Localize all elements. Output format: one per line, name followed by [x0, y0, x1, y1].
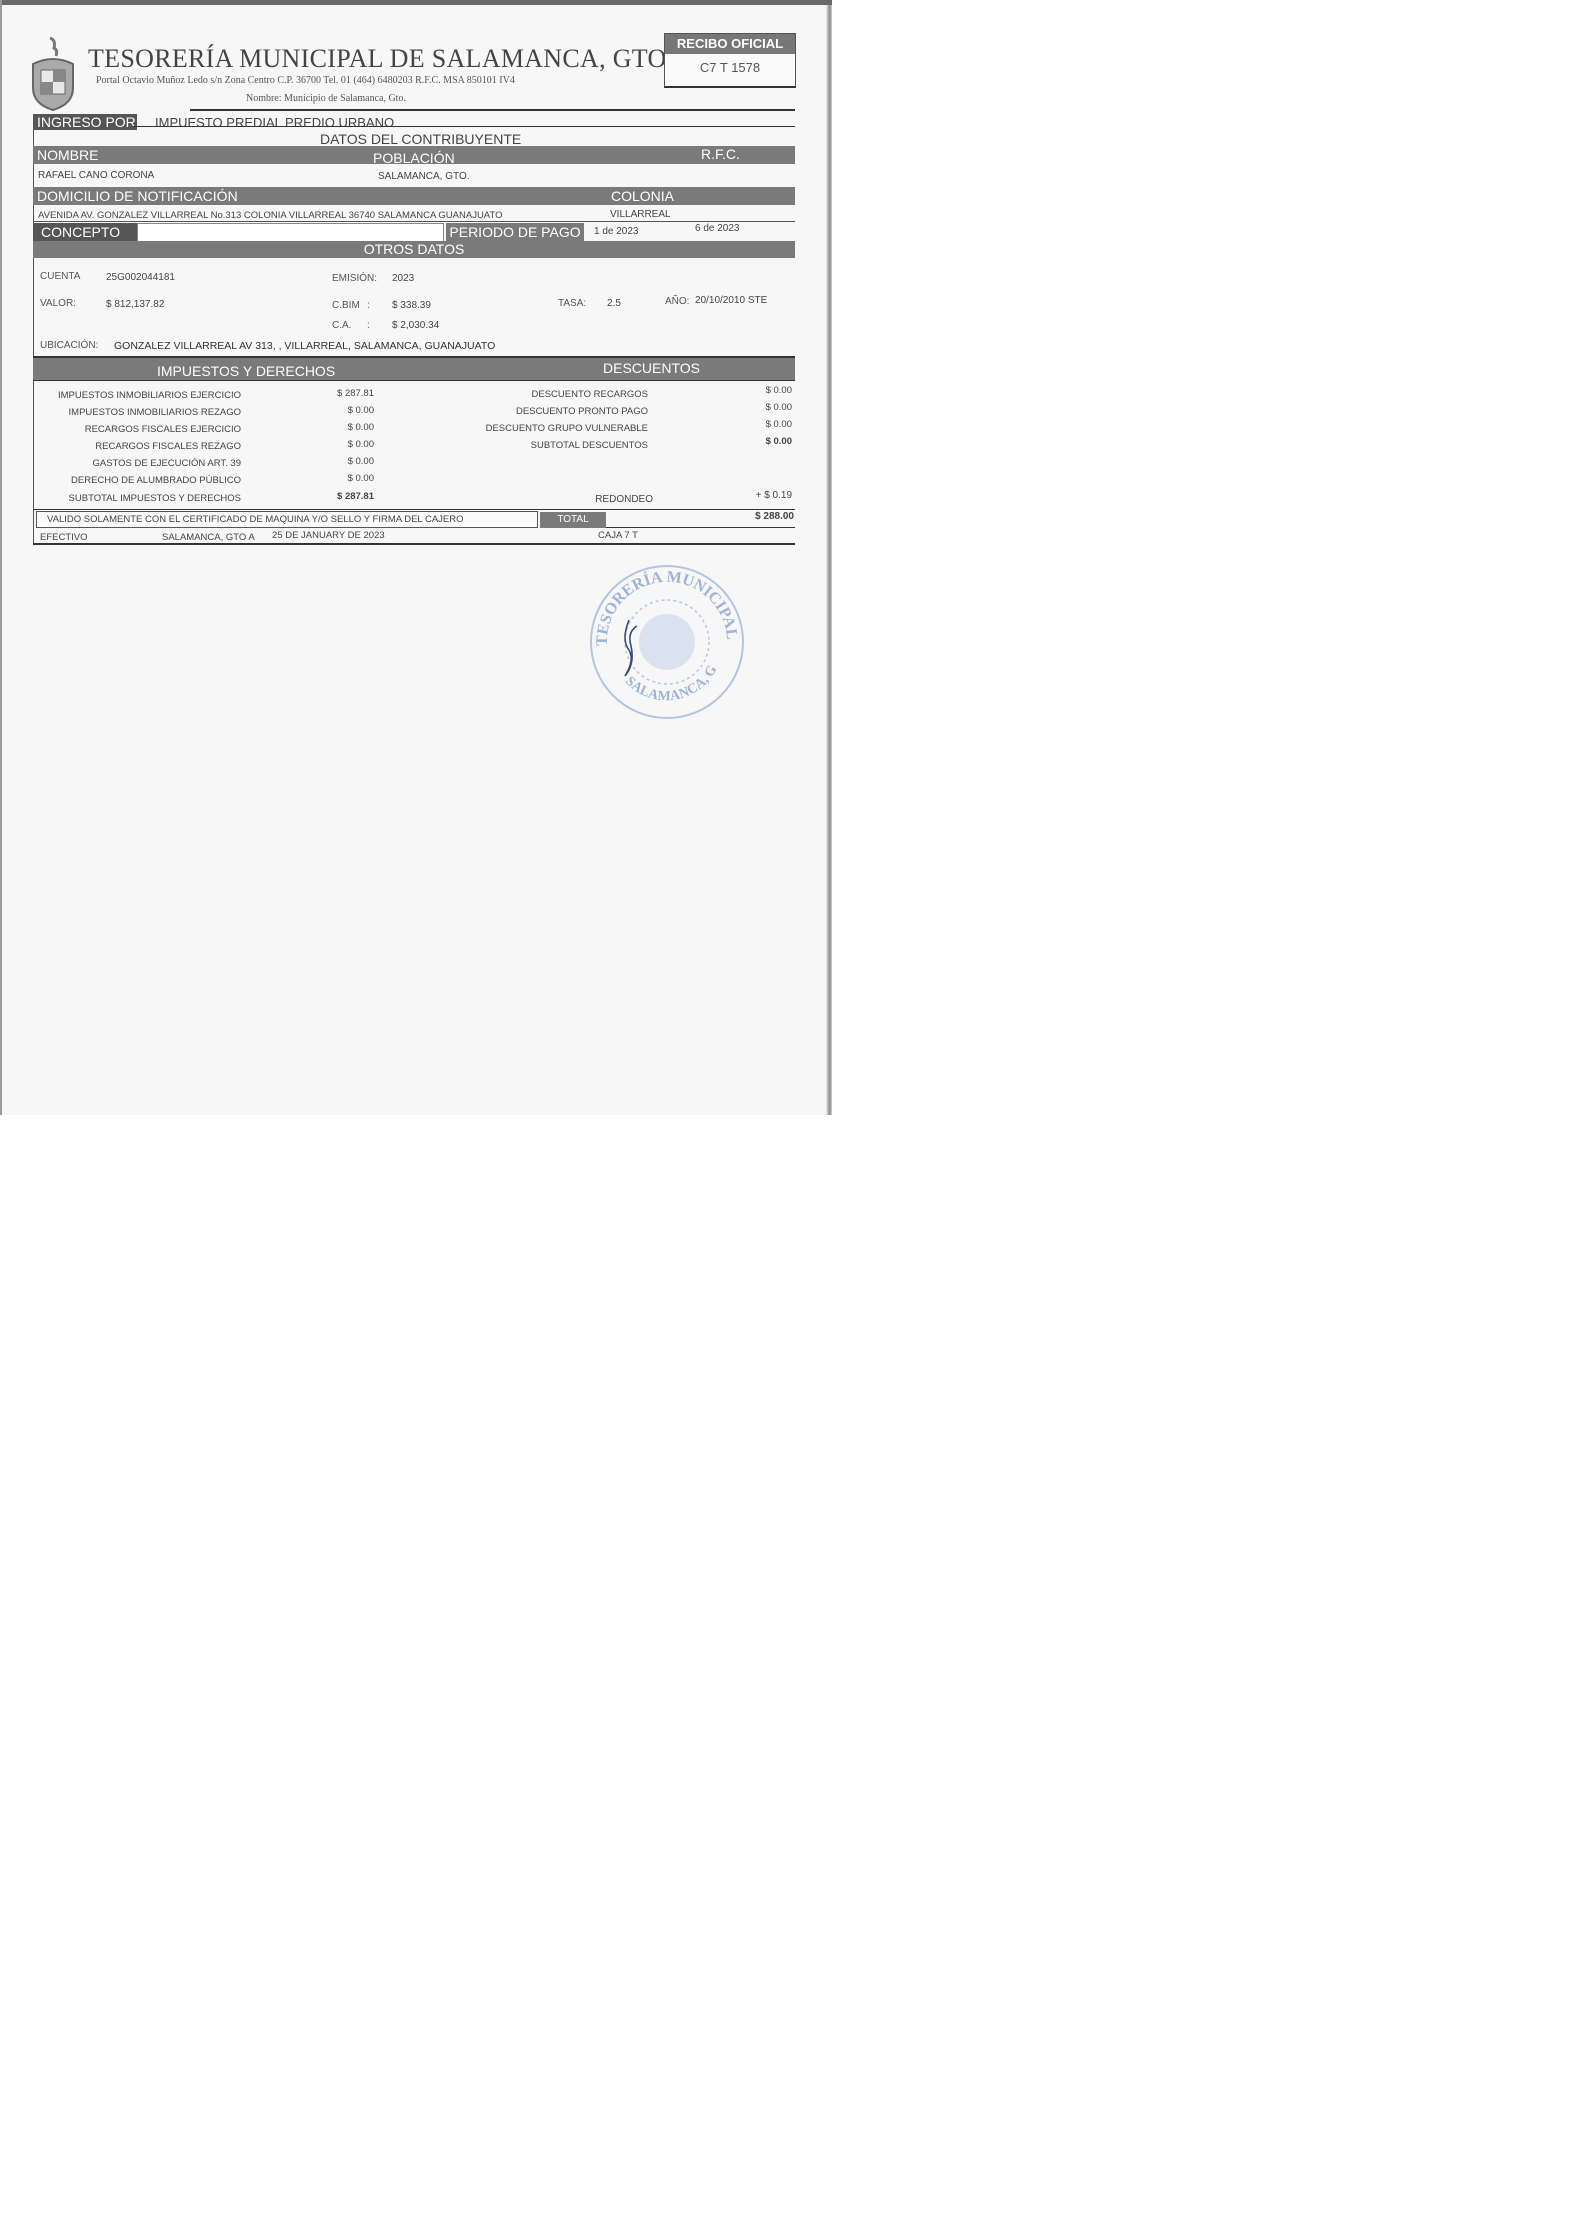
divider — [606, 527, 795, 528]
colonia-value: VILLARREAL — [610, 209, 671, 220]
divider — [33, 221, 795, 222]
descuento-label: DESCUENTO PRONTO PAGO — [440, 406, 648, 417]
ingreso-label: INGRESO POR — [33, 114, 137, 130]
cbim-value: $ 338.39 — [392, 300, 431, 311]
nombre-value: RAFAEL CANO CORONA — [38, 170, 154, 181]
official-seal-stamp: TESORERÍA MUNICIPAL SALAMANCA, GTO. — [585, 560, 745, 720]
scan-left-edge — [0, 0, 2, 1115]
cuenta-label: CUENTA — [40, 271, 80, 282]
descuento-amount: $ 0.00 — [730, 436, 792, 447]
anio-value: 20/10/2010 STE — [695, 295, 767, 306]
descuentos-title: DESCUENTOS — [603, 360, 700, 376]
periodo-hasta: 6 de 2023 — [695, 223, 740, 234]
anio-label: AÑO: — [665, 296, 689, 307]
impuesto-label: RECARGOS FISCALES REZAGO — [40, 441, 241, 452]
divider — [133, 126, 795, 127]
domicilio-label: DOMICILIO DE NOTIFICACIÓN — [37, 188, 238, 204]
impuesto-amount: $ 0.00 — [310, 473, 374, 484]
impuesto-amount: $ 287.81 — [310, 388, 374, 399]
redondeo-label: REDONDEO — [593, 494, 653, 505]
ca-separator: : — [367, 320, 370, 331]
scan-right-edge — [826, 5, 832, 1115]
impuesto-label: SUBTOTAL IMPUESTOS Y DERECHOS — [40, 493, 241, 504]
impuesto-label: RECARGOS FISCALES EJERCICIO — [40, 424, 241, 435]
signature-icon — [625, 620, 637, 676]
treasury-title: TESORERÍA MUNICIPAL DE SALAMANCA, GTO. — [88, 44, 673, 74]
ingreso-value: IMPUESTO PREDIAL PREDIO URBANO — [155, 115, 394, 130]
municipal-coat-of-arms-icon — [30, 36, 76, 112]
colonia-label: COLONIA — [611, 188, 674, 204]
impuesto-amount: $ 287.81 — [310, 491, 374, 502]
impuesto-label: IMPUESTOS INMOBILIARIOS EJERCICIO — [40, 390, 241, 401]
ca-value: $ 2,030.34 — [392, 320, 439, 331]
emision-value: 2023 — [392, 273, 414, 284]
divider — [33, 543, 795, 545]
cuenta-value: 25G002044181 — [106, 272, 175, 283]
descuento-amount: $ 0.00 — [730, 385, 792, 396]
redondeo-value: + $ 0.19 — [730, 490, 792, 501]
valor-label: VALOR: — [40, 298, 76, 309]
lugar: SALAMANCA, GTO A — [162, 532, 255, 543]
valor-value: $ 812,137.82 — [106, 299, 164, 310]
impuesto-label: DERECHO DE ALUMBRADO PÚBLICO — [40, 475, 241, 486]
tasa-label: TASA: — [558, 298, 586, 309]
tasa-value: 2.5 — [607, 298, 621, 309]
concepto-label: CONCEPTO — [33, 223, 141, 241]
impuesto-amount: $ 0.00 — [310, 422, 374, 433]
datos-contribuyente-title: DATOS DEL CONTRIBUYENTE — [320, 131, 521, 147]
descuento-label: DESCUENTO RECARGOS — [440, 389, 648, 400]
ca-label: C.A. — [332, 320, 351, 331]
descuento-label: DESCUENTO GRUPO VULNERABLE — [440, 423, 648, 434]
domicilio-header-bar: DOMICILIO DE NOTIFICACIÓN COLONIA — [33, 187, 795, 205]
ubicacion-label: UBICACIÓN: — [40, 340, 98, 351]
scanned-receipt-page: TESORERÍA MUNICIPAL DE SALAMANCA, GTO. P… — [0, 0, 832, 1115]
descuento-label: SUBTOTAL DESCUENTOS — [440, 440, 648, 451]
emision-label: EMISIÓN: — [332, 273, 377, 284]
rfc-label: R.F.C. — [701, 146, 740, 162]
impuesto-amount: $ 0.00 — [310, 405, 374, 416]
impuesto-amount: $ 0.00 — [310, 456, 374, 467]
descuento-amount: $ 0.00 — [730, 419, 792, 430]
nombre-header-bar: NOMBRE POBLACIÓN R.F.C. — [33, 146, 795, 164]
ubicacion-value: GONZALEZ VILLARREAL AV 313, , VILLARREAL… — [114, 340, 495, 352]
recibo-number: C7 T 1578 — [665, 60, 795, 75]
valido-text: VALIDO SOLAMENTE CON EL CERTIFICADO DE M… — [47, 514, 464, 525]
total-value: $ 288.00 — [730, 511, 794, 522]
recibo-oficial-label: RECIBO OFICIAL — [665, 34, 795, 54]
nombre-label: NOMBRE — [37, 147, 98, 163]
treasury-nombre: Nombre: Municipio de Salamanca, Gto. — [246, 93, 406, 104]
total-label: TOTAL — [540, 512, 606, 528]
concepto-value — [137, 223, 444, 242]
forma-pago: EFECTIVO — [40, 532, 88, 543]
impuesto-amount: $ 0.00 — [310, 439, 374, 450]
divider — [33, 509, 795, 510]
divider — [190, 109, 795, 111]
cbim-label: C.BIM — [332, 300, 360, 311]
cbim-separator: : — [367, 300, 370, 311]
domicilio-value: AVENIDA AV. GONZALEZ VILLARREAL No.313 C… — [38, 210, 502, 221]
impuestos-title: IMPUESTOS Y DERECHOS — [157, 363, 335, 379]
divider — [33, 380, 795, 381]
descuento-amount: $ 0.00 — [730, 402, 792, 413]
periodo-label: PERIODO DE PAGO — [446, 223, 584, 241]
impuesto-label: GASTOS DE EJECUCIÓN ART. 39 — [40, 458, 241, 469]
fecha: 25 DE JANUARY DE 2023 — [272, 530, 385, 541]
poblacion-label: POBLACIÓN — [373, 150, 455, 166]
scan-top-edge — [0, 0, 832, 5]
impuesto-label: IMPUESTOS INMOBILIARIOS REZAGO — [40, 407, 241, 418]
valido-box: VALIDO SOLAMENTE CON EL CERTIFICADO DE M… — [36, 511, 538, 528]
treasury-address: Portal Octavio Muñoz Ledo s/n Zona Centr… — [96, 75, 515, 86]
periodo-desde: 1 de 2023 — [594, 226, 639, 237]
caja: CAJA 7 T — [598, 530, 638, 541]
otros-datos-title: OTROS DATOS — [364, 241, 465, 257]
impuestos-descuentos-bar: IMPUESTOS Y DERECHOS DESCUENTOS — [33, 358, 795, 380]
recibo-oficial-box: RECIBO OFICIAL C7 T 1578 — [664, 33, 796, 88]
poblacion-value: SALAMANCA, GTO. — [378, 171, 470, 182]
otros-datos-bar: OTROS DATOS — [33, 241, 795, 258]
